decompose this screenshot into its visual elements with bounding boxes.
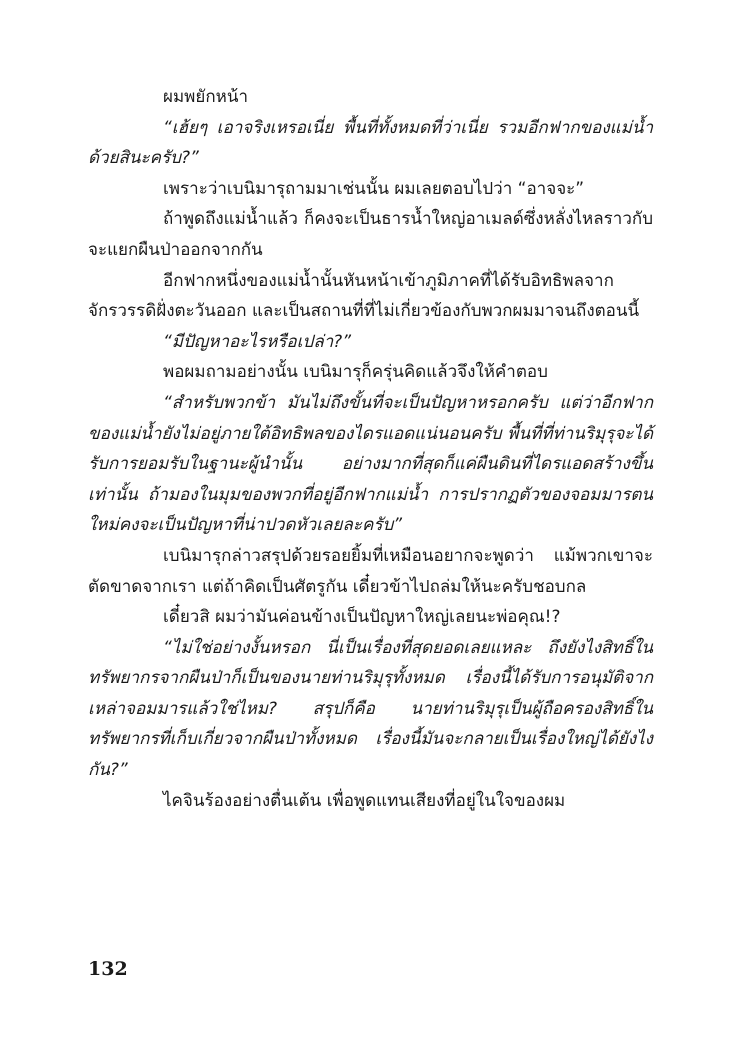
page-number: 132 — [88, 958, 128, 980]
paragraph-narration: ไคจินร้องอย่างตื่นเต้น เพื่อพูดแทนเสียงท… — [88, 786, 653, 817]
paragraph-narration: อีกฟากหนึ่งของแม่น้ำนั้นหันหน้าเข้าภูมิภ… — [88, 266, 653, 327]
paragraph-narration: ผมพยักหน้า — [88, 82, 653, 113]
book-page-body: ผมพยักหน้า “เฮ้ยๆ เอาจริงเหรอเนี่ย พื้นท… — [88, 82, 653, 816]
paragraph-narration: เดี๋ยวสิ ผมว่ามันค่อนข้างเป็นปัญหาใหญ่เล… — [88, 602, 653, 633]
paragraph-dialogue: “สำหรับพวกข้า มันไม่ถึงขั้นที่จะเป็นปัญห… — [88, 388, 653, 541]
paragraph-dialogue: “มีปัญหาอะไรหรือเปล่า?” — [88, 327, 653, 358]
paragraph-narration: ถ้าพูดถึงแม่น้ำแล้ว ก็คงจะเป็นธารน้ำใหญ่… — [88, 204, 653, 265]
paragraph-narration: เพราะว่าเบนิมารุถามมาเช่นนั้น ผมเลยตอบไป… — [88, 174, 653, 205]
paragraph-dialogue: “เฮ้ยๆ เอาจริงเหรอเนี่ย พื้นที่ทั้งหมดที… — [88, 113, 653, 174]
paragraph-narration: เบนิมารุกล่าวสรุปด้วยรอยยิ้มที่เหมือนอยา… — [88, 541, 653, 602]
paragraph-narration: พอผมถามอย่างนั้น เบนิมารุก็ครุ่นคิดแล้วจ… — [88, 357, 653, 388]
paragraph-dialogue: “ไม่ใช่อย่างงั้นหรอก นี่เป็นเรื่องที่สุด… — [88, 633, 653, 786]
